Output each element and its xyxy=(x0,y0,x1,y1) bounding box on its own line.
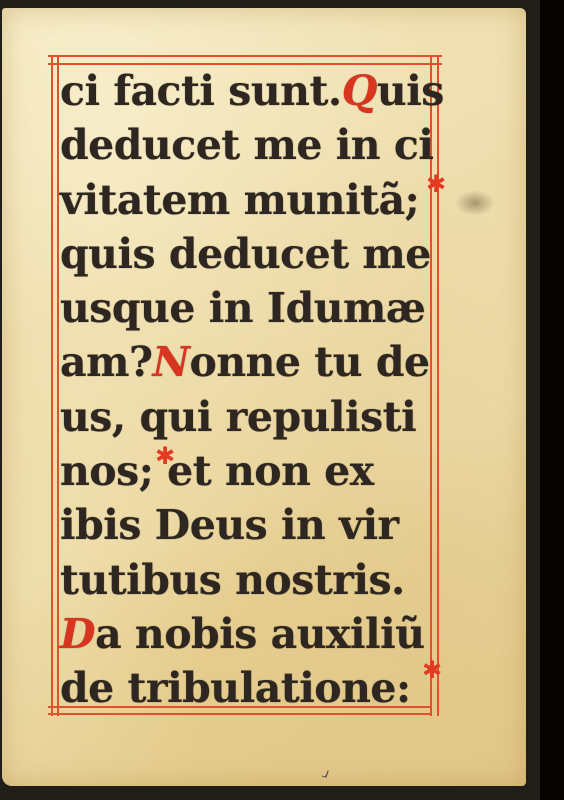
text-line-6: am?Nonne tu de xyxy=(60,335,440,389)
text: uis xyxy=(377,67,444,115)
text: us, qui repulisti xyxy=(60,393,416,441)
text: usque in Idumæ xyxy=(60,284,425,332)
text-line-11: Da nobis auxiliũ xyxy=(60,607,440,661)
text: a nobis auxiliũ xyxy=(95,610,424,658)
text-line-10: tutibus nostris. xyxy=(60,553,440,607)
text-line-5: usque in Idumæ xyxy=(60,281,440,335)
ruling-left-inner xyxy=(57,55,59,716)
text: de tribulatione: xyxy=(60,664,411,712)
text: vitatem munitã; xyxy=(60,176,419,224)
text-line-9: ibis Deus in vir xyxy=(60,498,440,552)
ruling-left-outer xyxy=(51,55,53,716)
asterisk-icon: ✱ xyxy=(155,444,175,468)
text: tutibus nostris. xyxy=(60,556,405,604)
text-line-8: nos; et non ex xyxy=(60,444,440,498)
text: onne tu de xyxy=(189,338,429,386)
text-line-2: deducet me in ci xyxy=(60,118,440,172)
text: nos; xyxy=(60,447,153,495)
rubric-initial-q: Q xyxy=(342,67,377,115)
manuscript-text: ci facti sunt.Quis deducet me in ci vita… xyxy=(60,64,440,716)
asterisk-icon: ✱ xyxy=(426,172,446,196)
text: ibis Deus in vir xyxy=(60,501,399,549)
text-line-4: quis deducet me xyxy=(60,227,440,281)
stain xyxy=(455,190,495,216)
text-line-1: ci facti sunt.Quis xyxy=(60,64,440,118)
text: deducet me in ci xyxy=(60,121,433,169)
rubric-initial-d: D xyxy=(60,610,95,658)
text: am? xyxy=(60,338,152,386)
text: ci facti sunt. xyxy=(60,67,342,115)
text: quis deducet me xyxy=(60,230,431,278)
asterisk-icon: ✱ xyxy=(422,658,442,682)
text-line-12: de tribulatione: xyxy=(60,661,440,715)
text: et non ex xyxy=(153,447,373,495)
rubric-initial-n: N xyxy=(152,338,189,386)
text-line-3: vitatem munitã; xyxy=(60,173,440,227)
text-line-7: us, qui repulisti xyxy=(60,390,440,444)
ruling-top-outer xyxy=(48,55,442,57)
